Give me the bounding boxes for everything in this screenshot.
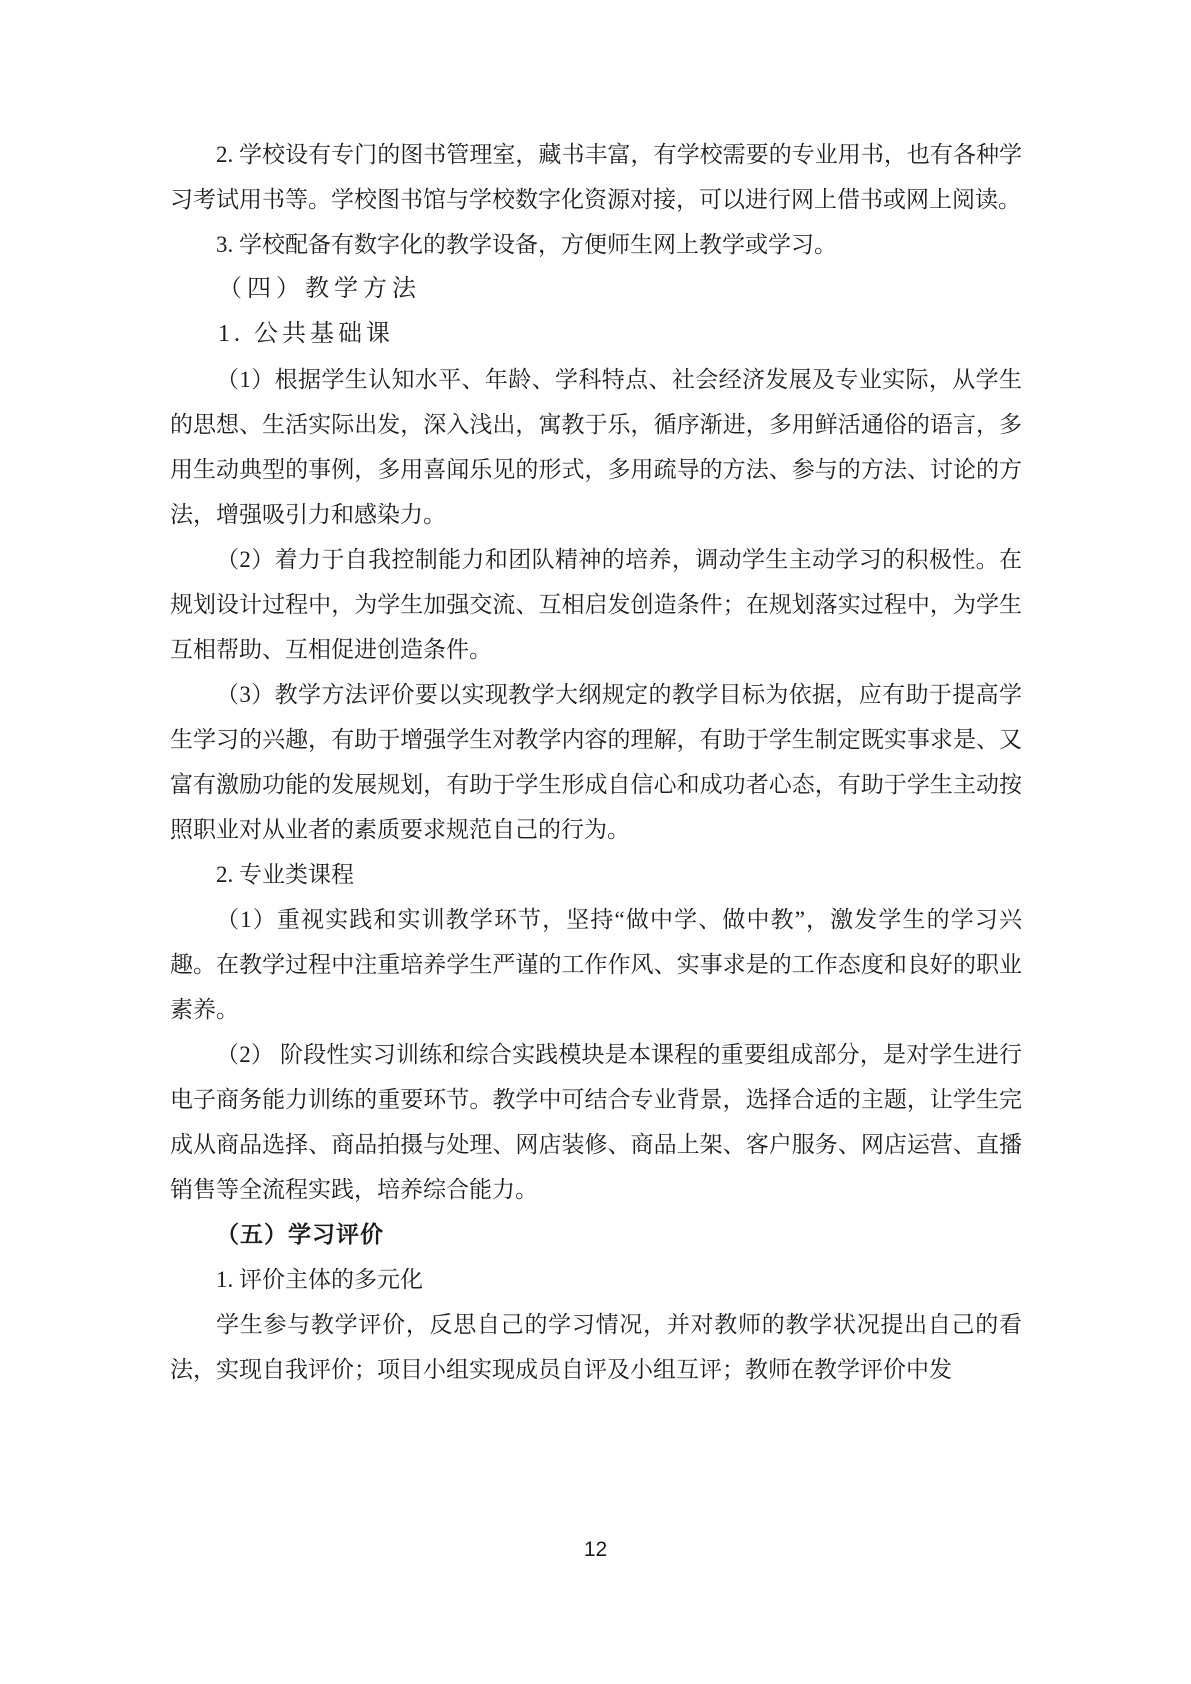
- paragraph-basic-3: （3）教学方法评价要以实现教学大纲规定的教学目标为依据，应有助于提高学生学习的兴…: [170, 672, 1022, 852]
- paragraph-library: 2. 学校设有专门的图书管理室，藏书丰富，有学校需要的专业用书，也有各种学习考试…: [170, 132, 1022, 222]
- subheading-public-basic-courses: 1. 公共基础课: [170, 312, 1022, 357]
- subheading-professional-courses: 2. 专业类课程: [170, 852, 1022, 897]
- subheading-evaluation-subjects: 1. 评价主体的多元化: [170, 1257, 1022, 1302]
- paragraph-digital-equipment: 3. 学校配备有数字化的教学设备，方便师生网上教学或学习。: [170, 222, 1022, 267]
- paragraph-professional-1: （1）重视实践和实训教学环节，坚持“做中学、做中教”，激发学生的学习兴趣。在教学…: [170, 897, 1022, 1032]
- document-page: 2. 学校设有专门的图书管理室，藏书丰富，有学校需要的专业用书，也有各种学习考试…: [0, 0, 1191, 1684]
- section-heading-teaching-methods: （四）教学方法: [170, 267, 1022, 312]
- document-body: 2. 学校设有专门的图书管理室，藏书丰富，有学校需要的专业用书，也有各种学习考试…: [170, 132, 1022, 1392]
- paragraph-basic-2: （2）着力于自我控制能力和团队精神的培养，调动学生主动学习的积极性。在规划设计过…: [170, 537, 1022, 672]
- section-heading-learning-evaluation: （五）学习评价: [170, 1212, 1022, 1257]
- paragraph-evaluation-1: 学生参与教学评价，反思自己的学习情况，并对教师的教学状况提出自己的看法，实现自我…: [170, 1302, 1022, 1392]
- paragraph-basic-1: （1）根据学生认知水平、年龄、学科特点、社会经济发展及专业实际，从学生的思想、生…: [170, 357, 1022, 537]
- page-number: 12: [0, 1535, 1191, 1565]
- paragraph-professional-2: （2） 阶段性实习训练和综合实践模块是本课程的重要组成部分，是对学生进行电子商务…: [170, 1032, 1022, 1212]
